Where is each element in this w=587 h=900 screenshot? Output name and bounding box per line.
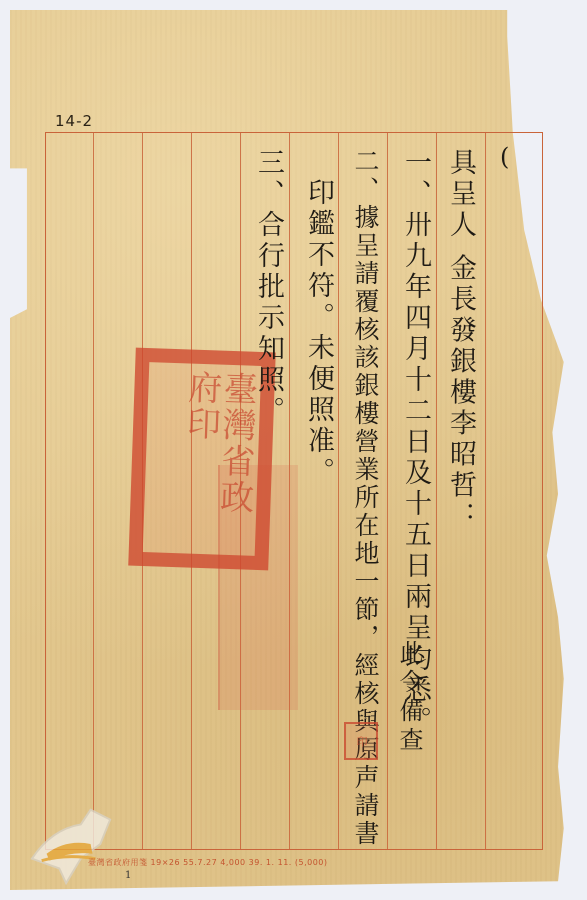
grid-line [387, 133, 388, 849]
official-seal-small: 印 [344, 722, 378, 760]
grid-line [436, 133, 437, 849]
archive-logo-icon [22, 800, 120, 888]
seal-text: 臺灣省政府印 [149, 368, 255, 549]
reference-number: 14-2 [55, 112, 93, 130]
column-item-3: 三、合行批示知照。 [255, 148, 282, 427]
footer-mark: 1 [125, 870, 131, 881]
grid-line [485, 133, 486, 849]
grid-line [93, 133, 94, 849]
annotation-signature: 此令備查 [392, 640, 427, 756]
column-item-2-continued: 印鑑不符。未便照准。 [305, 178, 332, 488]
grid-line [338, 133, 339, 849]
paren-mark: ( [500, 143, 509, 171]
column-applicant: 具呈人 金長發銀樓李昭哲： [447, 148, 474, 533]
printed-form-footer: 臺灣省政府用箋 19×26 55.7.27 4,000 39. 1. 11. (… [88, 857, 328, 868]
